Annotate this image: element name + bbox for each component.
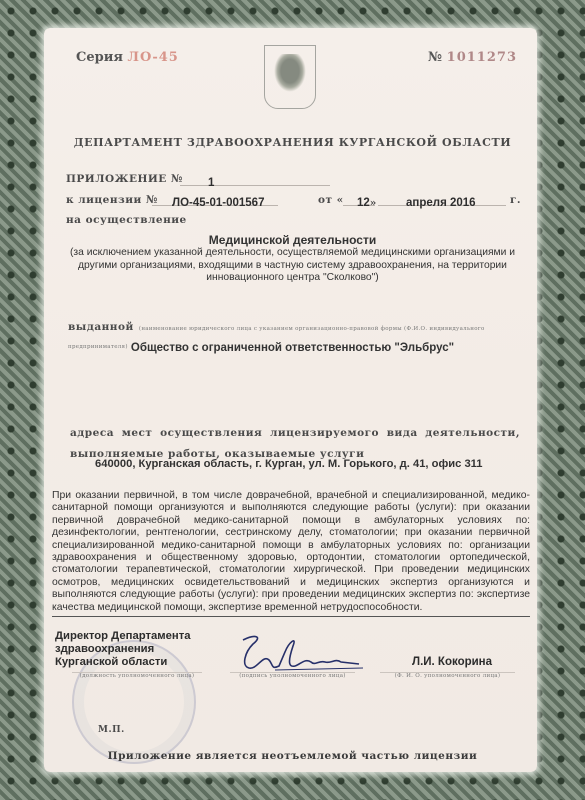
activity-description: (за исключением указанной деятельности, … xyxy=(50,247,535,285)
month-year-field: апреля 2016 xyxy=(378,191,506,206)
stamp-label: М.П. xyxy=(98,725,125,735)
signatory-name: Л.И. Кокорина xyxy=(412,656,492,668)
organization-name: Общество с ограниченной ответственностью… xyxy=(50,342,535,354)
services-text: При оказании первичной, в том числе довр… xyxy=(52,490,530,617)
series-label: Серия xyxy=(76,50,123,65)
license-month-year: апреля 2016 xyxy=(378,197,476,209)
footer-note: Приложение является неотъемлемой частью … xyxy=(50,750,535,762)
day-field: 12» xyxy=(343,191,375,206)
license-number: ЛО-45-01-001567 xyxy=(152,197,264,209)
coat-of-arms-icon xyxy=(264,45,316,109)
signature-hint: (подпись уполномоченного лица) xyxy=(230,672,355,679)
license-label: к лицензии № xyxy=(66,194,158,206)
date-prefix: от « xyxy=(318,194,344,206)
appendix-number: 1 xyxy=(180,177,214,189)
position-hint: (должность уполномоченного лица) xyxy=(72,672,202,679)
number-label: № xyxy=(428,50,442,65)
issued-label: выданной xyxy=(68,321,134,333)
activity-title: Медицинской деятельности xyxy=(50,233,535,247)
appendix-label: ПРИЛОЖЕНИЕ № xyxy=(66,173,183,185)
series-value: ЛО-45 xyxy=(128,50,179,65)
signatory-position: Директор Департамента здравоохранения Ку… xyxy=(55,630,191,669)
activity-label: на осуществление xyxy=(66,214,187,226)
number-value: 1011273 xyxy=(447,50,517,65)
address-value: 640000, Курганская область, г. Курган, у… xyxy=(95,458,483,470)
year-suffix: г. xyxy=(510,194,521,206)
department-title: ДЕПАРТАМЕНТ ЗДРАВООХРАНЕНИЯ КУРГАНСКОЙ О… xyxy=(50,136,535,149)
eagle-icon xyxy=(274,54,306,92)
name-hint: (Ф. И. О. уполномоченного лица) xyxy=(380,672,515,679)
appendix-field: 1 xyxy=(180,171,330,186)
license-day: 12 xyxy=(343,197,370,209)
form-number: № 1011273 xyxy=(428,50,517,65)
license-number-field: ЛО-45-01-001567 xyxy=(152,191,278,206)
series: Серия ЛО-45 xyxy=(76,50,179,65)
